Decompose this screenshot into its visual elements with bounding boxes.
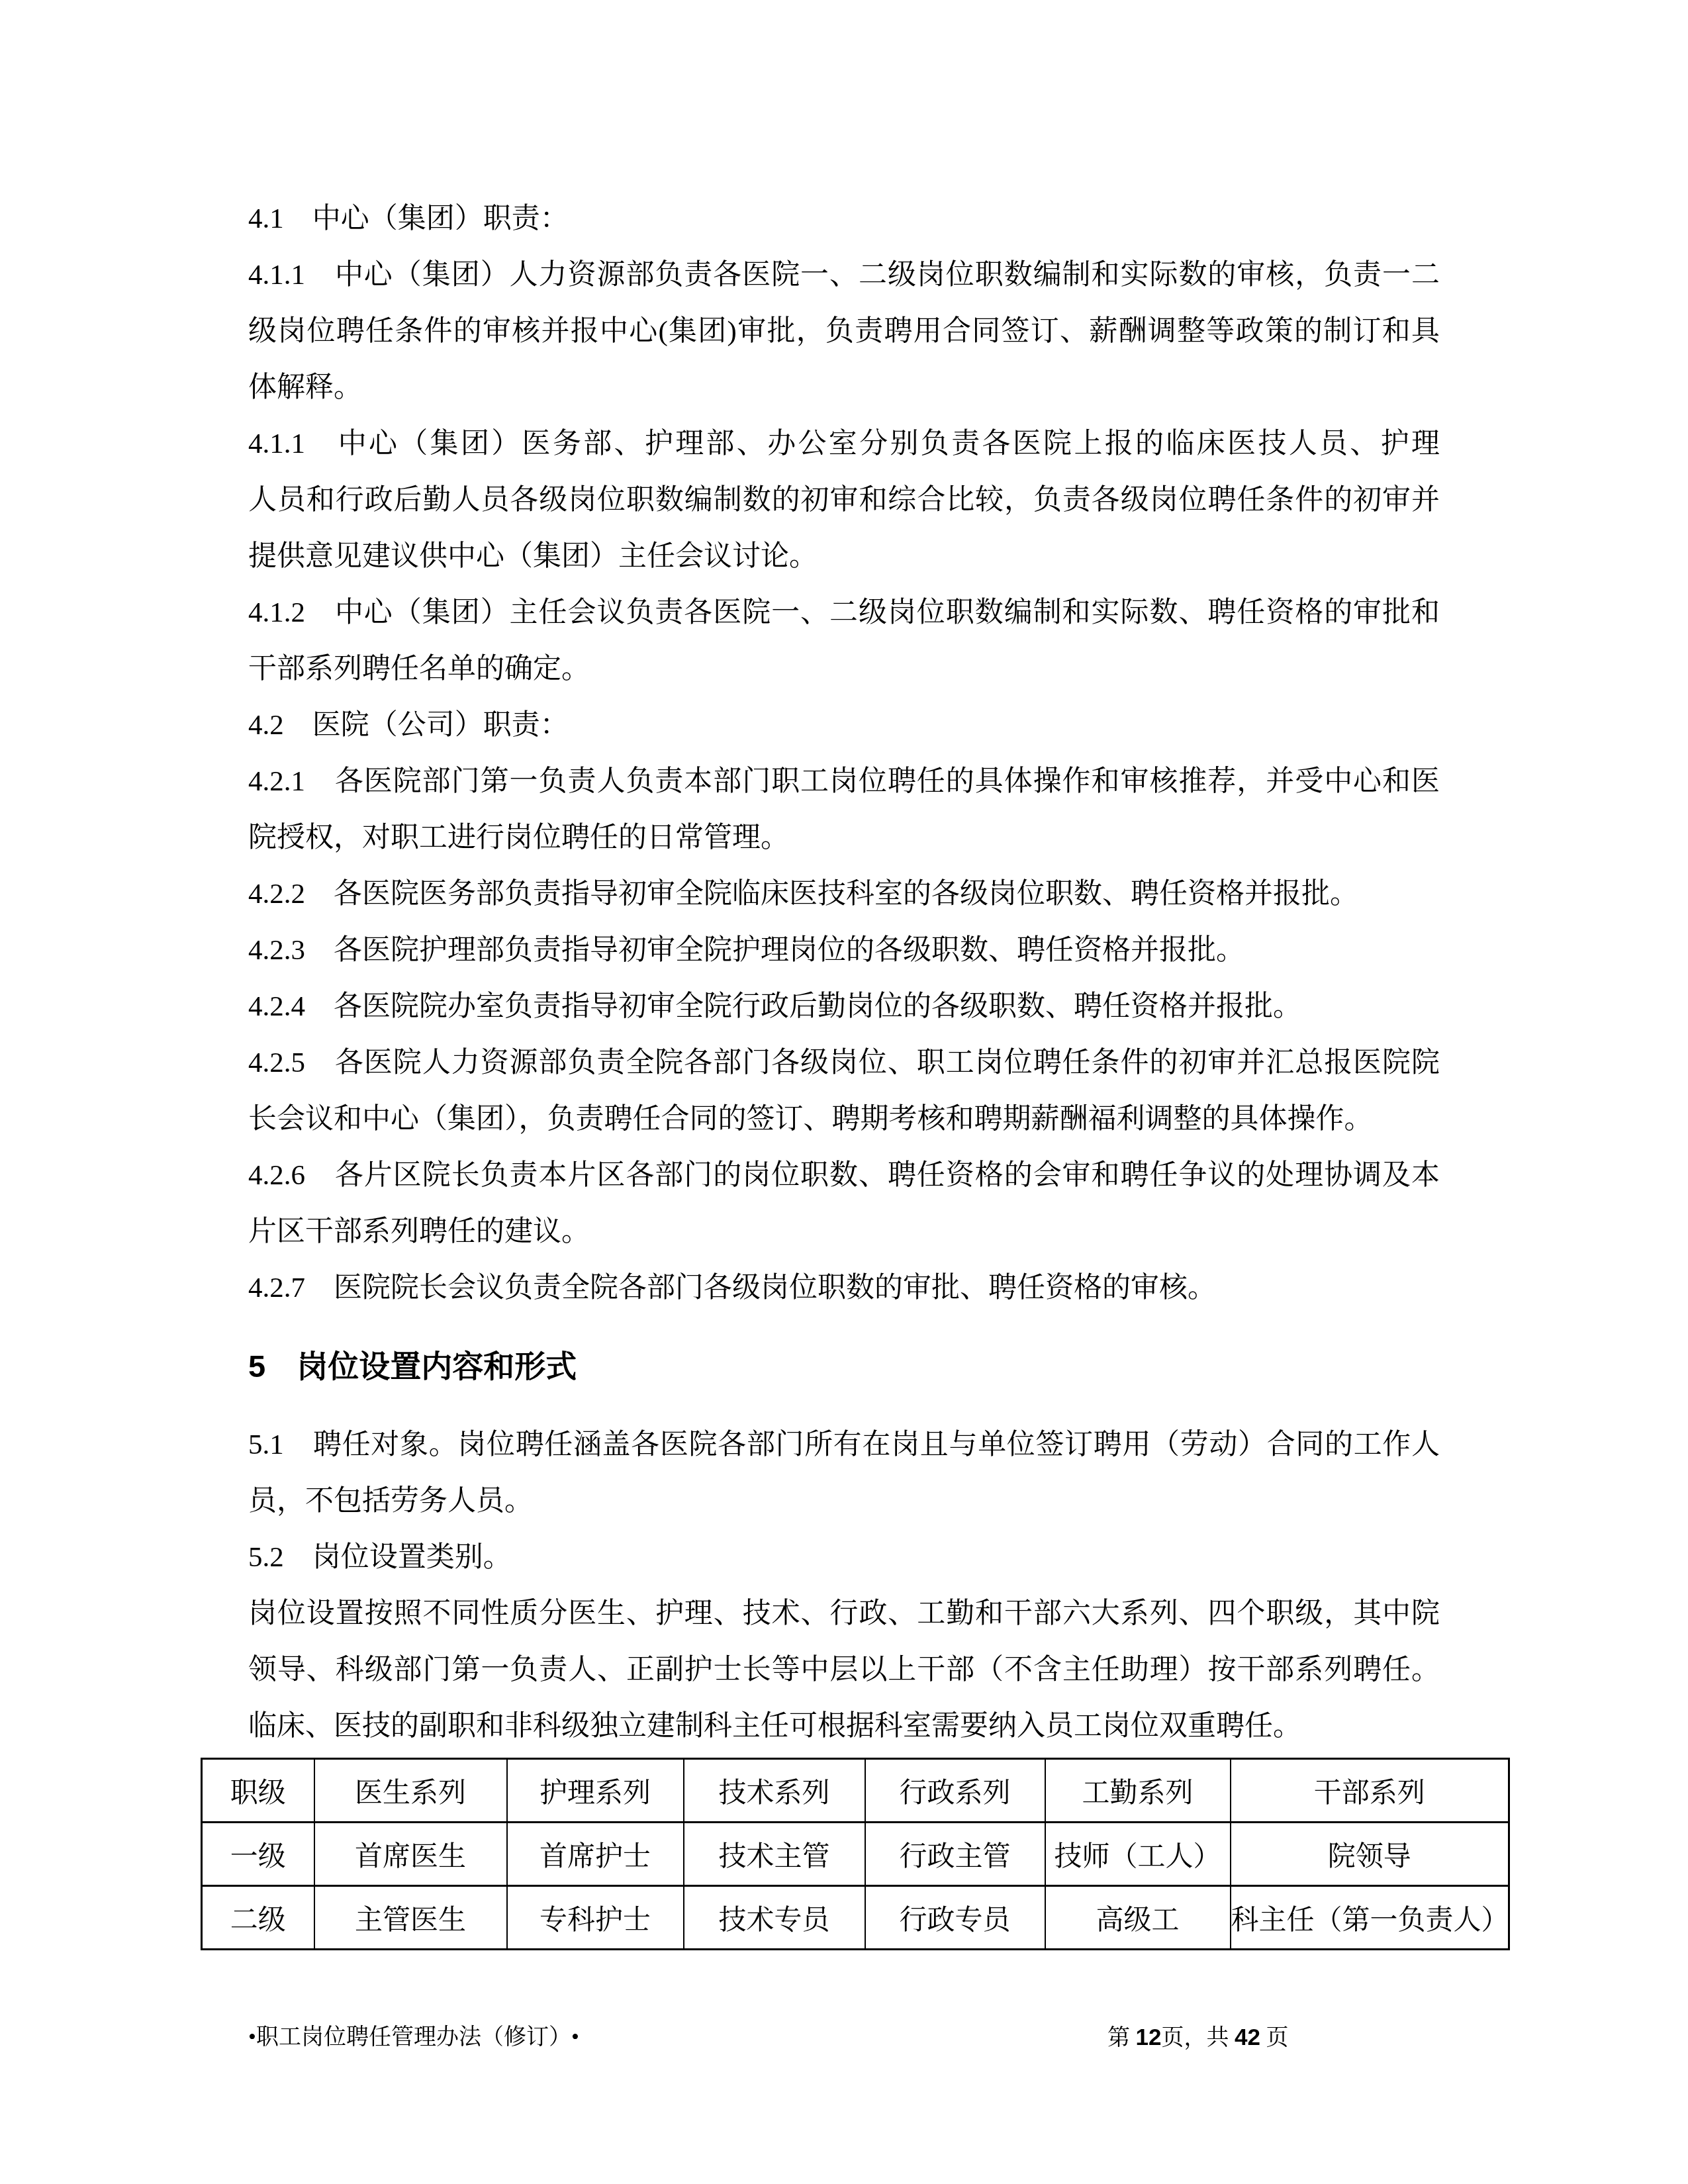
- paragraph-line: 4.2.5 各医院人力资源部负责全院各部门各级岗位、职工岗位聘任条件的初审并汇总…: [248, 1035, 1440, 1091]
- table-cell: 行政主管: [865, 1823, 1045, 1886]
- paragraph-line: 4.2.1 各医院部门第一负责人负责本部门职工岗位聘任的具体操作和审核推荐，并受…: [248, 753, 1440, 810]
- page-number-middle: 页，共: [1161, 2026, 1235, 2050]
- paragraph-line: 领导、科级部门第一负责人、正副护士长等中层以上干部（不含主任助理）按干部系列聘任…: [248, 1642, 1440, 1698]
- table-header-cell: 技术系列: [684, 1759, 865, 1823]
- table-cell: 首席护士: [507, 1823, 684, 1886]
- table-header-cell: 工勤系列: [1045, 1759, 1231, 1823]
- paragraph-line: 5.2 岗位设置类别。: [248, 1529, 1440, 1586]
- table-cell: 一级: [202, 1823, 314, 1886]
- paragraph-line: 提供意见建议供中心（集团）主任会议讨论。: [248, 528, 1440, 585]
- paragraph-line: 4.2.4 各医院院办室负责指导初审全院行政后勤岗位的各级职数、聘任资格并报批。: [248, 978, 1440, 1035]
- table-header-cell: 干部系列: [1231, 1759, 1509, 1823]
- table-header-cell: 护理系列: [507, 1759, 684, 1823]
- table-header-row: 职级 医生系列 护理系列 技术系列 行政系列 工勤系列 干部系列: [202, 1759, 1509, 1823]
- table-header-cell: 医生系列: [314, 1759, 507, 1823]
- footer-document-title: •职工岗位聘任管理办法（修订）•: [248, 2023, 579, 2052]
- table-cell: 主管医生: [314, 1886, 507, 1950]
- table-cell: 行政专员: [865, 1886, 1045, 1950]
- page-number-current: 12: [1136, 2024, 1162, 2050]
- table-cell: 技术主管: [684, 1823, 865, 1886]
- paragraph-line: 人员和行政后勤人员各级岗位职数编制数的初审和综合比较，负责各级岗位聘任条件的初审…: [248, 472, 1440, 528]
- paragraph-line: 员，不包括劳务人员。: [248, 1473, 1440, 1529]
- table-cell: 技师（工人）: [1045, 1823, 1231, 1886]
- paragraph-line: 4.2.7 医院院长会议负责全院各部门各级岗位职数的审批、聘任资格的审核。: [248, 1260, 1440, 1316]
- paragraph-line: 4.1 中心（集团）职责：: [248, 191, 1440, 247]
- paragraph-line: 片区干部系列聘任的建议。: [248, 1204, 1440, 1260]
- paragraph-line: 4.2 医院（公司）职责：: [248, 697, 1440, 753]
- paragraph-line: 4.1.2 中心（集团）主任会议负责各医院一、二级岗位职数编制和实际数、聘任资格…: [248, 585, 1440, 641]
- body-text: 4.1 中心（集团）职责： 4.1.1 中心（集团）人力资源部负责各医院一、二级…: [248, 191, 1440, 1754]
- table-cell: 科主任（第一负责人）: [1231, 1886, 1509, 1950]
- page-number-total: 42: [1235, 2024, 1260, 2050]
- table-cell: 首席医生: [314, 1823, 507, 1886]
- section-heading: 5 岗位设置内容和形式: [248, 1333, 1440, 1400]
- table-row: 二级 主管医生 专科护士 技术专员 行政专员 高级工 科主任（第一负责人）: [202, 1886, 1509, 1950]
- paragraph-line: 5.1 聘任对象。岗位聘任涵盖各医院各部门所有在岗且与单位签订聘用（劳动）合同的…: [248, 1417, 1440, 1473]
- paragraph-line: 岗位设置按照不同性质分医生、护理、技术、行政、工勤和干部六大系列、四个职级，其中…: [248, 1586, 1440, 1642]
- document-page: 4.1 中心（集团）职责： 4.1.1 中心（集团）人力资源部负责各医院一、二级…: [0, 0, 1688, 2184]
- paragraph-line: 院授权，对职工进行岗位聘任的日常管理。: [248, 810, 1440, 866]
- paragraph-line: 4.2.6 各片区院长负责本片区各部门的岗位职数、聘任资格的会审和聘任争议的处理…: [248, 1147, 1440, 1204]
- paragraph-line: 4.2.3 各医院护理部负责指导初审全院护理岗位的各级职数、聘任资格并报批。: [248, 922, 1440, 978]
- footer-page-number: 第 12页，共 42 页: [1107, 2023, 1288, 2053]
- page-number-suffix: 页: [1260, 2026, 1289, 2050]
- paragraph-line: 级岗位聘任条件的审核并报中心(集团)审批，负责聘用合同签订、薪酬调整等政策的制订…: [248, 303, 1440, 359]
- paragraph-line: 4.1.1 中心（集团）人力资源部负责各医院一、二级岗位职数编制和实际数的审核，…: [248, 247, 1440, 303]
- paragraph-line: 干部系列聘任名单的确定。: [248, 641, 1440, 697]
- table-header-cell: 行政系列: [865, 1759, 1045, 1823]
- paragraph-line: 4.1.1 中心（集团）医务部、护理部、办公室分别负责各医院上报的临床医技人员、…: [248, 416, 1440, 472]
- paragraph-line: 临床、医技的副职和非科级独立建制科主任可根据科室需要纳入员工岗位双重聘任。: [248, 1698, 1440, 1754]
- table-cell: 技术专员: [684, 1886, 865, 1950]
- paragraph-line: 4.2.2 各医院医务部负责指导初审全院临床医技科室的各级岗位职数、聘任资格并报…: [248, 866, 1440, 922]
- paragraph-line: 体解释。: [248, 359, 1440, 416]
- table-cell: 高级工: [1045, 1886, 1231, 1950]
- paragraph-line: 长会议和中心（集团），负责聘任合同的签订、聘期考核和聘期薪酬福利调整的具体操作。: [248, 1091, 1440, 1147]
- table-cell: 院领导: [1231, 1823, 1509, 1886]
- position-series-table: 职级 医生系列 护理系列 技术系列 行政系列 工勤系列 干部系列 一级 首席医生…: [201, 1758, 1510, 1950]
- page-number-prefix: 第: [1107, 2026, 1136, 2050]
- table-row: 一级 首席医生 首席护士 技术主管 行政主管 技师（工人） 院领导: [202, 1823, 1509, 1886]
- table-cell: 专科护士: [507, 1886, 684, 1950]
- table-cell: 二级: [202, 1886, 314, 1950]
- table-header-cell: 职级: [202, 1759, 314, 1823]
